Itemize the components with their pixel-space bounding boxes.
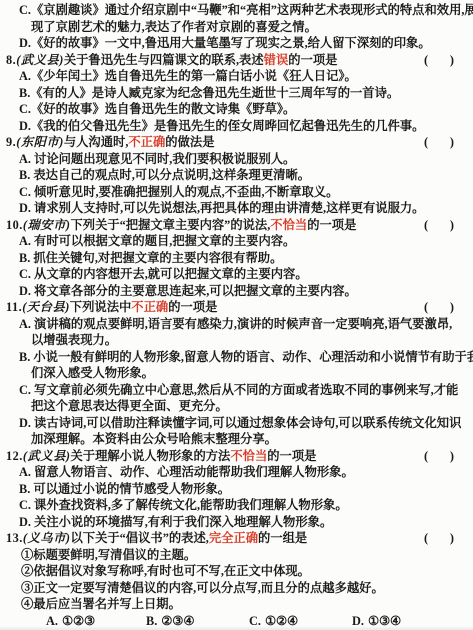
answer-choices-row: A.①②③B.②③④C.①②④D.①③④ — [0, 613, 473, 630]
question-number: 13. — [6, 531, 23, 545]
text-run: 关于鲁迅先生与四篇课文的联系,表述 — [64, 53, 264, 67]
bracket-open: ( — [424, 52, 428, 69]
text-run: ④最后应当署名并写上日期。 — [21, 597, 181, 611]
option-line: A. 讨论问题出现意见不同时,我们要积极说服别人。 — [0, 151, 473, 168]
option-label: C. — [19, 498, 31, 512]
text-run: 留意人物语言、动作、心理活动能帮助我们理解人物形象。 — [31, 465, 354, 479]
option-label: D. — [19, 284, 31, 298]
region-tag: (武义县) — [23, 449, 71, 463]
answer-bracket: () — [424, 299, 454, 316]
question-number: 8. — [6, 53, 16, 67]
question-line: 8.(武义县)关于鲁迅先生与四篇课文的联系,表述错误的一项是() — [0, 52, 473, 69]
bracket-close: ) — [450, 134, 454, 151]
bracket-close: ) — [450, 52, 454, 69]
question-line: 10.(瑞安市)下列关于“把握文章主要内容”的说法,不恰当的一项是() — [0, 217, 473, 234]
answer-choice: B.②③④ — [146, 613, 194, 630]
question-line: 9.(东阳市)与人沟通时,不正确的做法是() — [0, 134, 473, 151]
option-label: B. — [19, 350, 30, 364]
text-run: 小说一般有鲜明的人物形象,留意人物的语言、动作、心理活动和小说情节有助于我 — [30, 350, 473, 364]
option-line: D.《好的故事》一文中,鲁迅用大量笔墨写了现实之景,给人留下深刻的印象。 — [0, 35, 473, 52]
text-run: 关注小说的环境描写,有利于我们深入地理解人物形象。 — [31, 515, 332, 529]
text-run: 与人沟通时, — [64, 135, 129, 149]
option-line: D.《我的伯父鲁迅先生》是鲁迅先生的侄女周晔回忆起鲁迅先生的几件事。 — [0, 118, 473, 135]
bracket-close: ) — [450, 217, 454, 234]
text-run: 的一项是 — [267, 449, 316, 463]
text-run: 的一项是 — [288, 53, 337, 67]
answer-choice: D.①③④ — [352, 613, 401, 630]
question-line: 13.(义乌市)以下关于“倡议书”的表述,完全正确的一组是() — [0, 530, 473, 547]
option-line: D. 读古诗词,可以借助注释读懂字词,可以通过想象体会诗句,可以联系传统文化知识 — [0, 415, 473, 432]
list-item-line: ②依据倡议对象写称呼,有时也可不写,在正文中体现。 — [0, 563, 473, 580]
text-run: 《好的故事》选自鲁迅先生的散文诗集《野草》。 — [31, 102, 295, 116]
bracket-close: ) — [450, 299, 454, 316]
choice-value: ②③④ — [161, 614, 194, 628]
option-line: A. 有时可以根据文章的题目,把握文章的主要内容。 — [0, 233, 473, 250]
option-line: C.《京剧趣谈》通过介绍京剧中“马鞭”和“亮相”这两种艺术表现形式的特点和效用,… — [0, 2, 473, 19]
list-item-line: ③正文一定要写清楚倡议的内容,可以分点写,而且分的点越多越好。 — [0, 580, 473, 597]
option-line: C. 课外查找资料,多了解传统文化,能帮助我们理解人物形象。 — [0, 497, 473, 514]
option-label: B. — [19, 168, 30, 182]
text-run: 《有的人》是诗人臧克家为纪念鲁迅先生逝世十三周年写的一首诗。 — [30, 86, 399, 100]
text-run: 抓住关键句,对把握文章的主要内容很有帮助。 — [30, 251, 282, 265]
choice-value: ①②③ — [62, 614, 95, 628]
text-run: 的一项是 — [168, 300, 217, 314]
exam-page: C.《京剧趣谈》通过介绍京剧中“马鞭”和“亮相”这两种艺术表现形式的特点和效用,… — [0, 0, 473, 630]
text-run: ③正文一定要写清楚倡议的内容,可以分点写,而且分的点越多越好。 — [21, 581, 384, 595]
region-tag: (瑞安市) — [23, 218, 71, 232]
option-label: C. — [19, 102, 31, 116]
text-run: 从文章的内容想开去,就可以把握文章的主要内容。 — [31, 267, 308, 281]
text-run: 们深入感受人物形象。 — [31, 366, 154, 380]
option-label: C. — [19, 185, 31, 199]
text-run: 《少年闰土》选自鲁迅先生的第一篇白话小说《狂人日记》。 — [31, 69, 357, 83]
option-line: B. 抓住关键句,对把握文章的主要内容很有帮助。 — [0, 250, 473, 267]
text-run: 《京剧趣谈》通过介绍京剧中“马鞭”和“亮相”这两种艺术表现形式的特点和效用,展 — [31, 3, 473, 17]
red-keyword: 不正确 — [128, 135, 165, 149]
text-run: 请求别人支持时,可以先说想法,再把具体的理由讲清楚,这样更有说服力。 — [31, 201, 425, 215]
option-label: A. — [19, 465, 31, 479]
option-line: A. 演讲稿的观点要鲜明,语言要有感染力,演讲的时候声音一定要响亮,语气要激昂, — [0, 316, 473, 333]
option-line: B.《有的人》是诗人臧克家为纪念鲁迅先生逝世十三周年写的一首诗。 — [0, 85, 473, 102]
option-line: B. 表达自己的观点时,可以分点说明,这样条理更清晰。 — [0, 167, 473, 184]
text-run: 的一项是 — [307, 218, 356, 232]
continuation-line: 加深理解。本资料由公众号哈熊末整理分享。 — [0, 431, 473, 448]
answer-bracket: () — [424, 52, 454, 69]
text-run: 演讲稿的观点要鲜明,语言要有感染力,演讲的时候声音一定要响亮,语气要激昂, — [31, 317, 452, 331]
text-run: ②依据倡议对象写称呼,有时也可不写,在正文中体现。 — [21, 564, 310, 578]
question-number: 9. — [6, 135, 16, 149]
red-keyword: 不恰当 — [270, 218, 307, 232]
region-tag: (东阳市) — [16, 135, 64, 149]
option-label: D. — [19, 416, 31, 430]
option-line: C. 写文章前必须先确立中心意思,然后从不同的方面或者选取不同的事例来写,才能 — [0, 382, 473, 399]
answer-bracket: () — [424, 448, 454, 465]
option-label: C. — [19, 267, 31, 281]
bracket-open: ( — [424, 217, 428, 234]
option-label: C. — [19, 383, 31, 397]
text-run: 的做法是 — [165, 135, 214, 149]
choice-value: ①②④ — [265, 614, 298, 628]
choice-label: A. — [46, 614, 58, 628]
option-label: D. — [19, 515, 31, 529]
text-run: 《好的故事》一文中,鲁迅用大量笔墨写了现实之景,给人留下深刻的印象。 — [31, 36, 431, 50]
text-run: 现了京剧艺术的魅力,表达了作者对京剧的喜爱之情。 — [31, 20, 317, 34]
text-run: 将文章各部分的主要意思连起来,可以把握文章的主要内容。 — [31, 284, 357, 298]
option-line: C. 从文章的内容想开去,就可以把握文章的主要内容。 — [0, 266, 473, 283]
text-run: 读古诗词,可以借助注释读懂字词,可以通过想象体会诗句,可以联系传统文化知识 — [31, 416, 461, 430]
option-label: D. — [19, 36, 31, 50]
continuation-line: 把这个意思表达得更全面、更充分。 — [0, 398, 473, 415]
choice-value: ①③④ — [368, 614, 401, 628]
option-label: B. — [19, 482, 30, 496]
option-label: A. — [19, 152, 31, 166]
option-label: A. — [19, 234, 31, 248]
answer-bracket: () — [424, 530, 454, 547]
question-number: 10. — [6, 218, 23, 232]
answer-bracket: () — [424, 134, 454, 151]
question-line: 12.(武义县)关于理解小说人物形象的方法不恰当的一项是() — [0, 448, 473, 465]
text-run: 加深理解。本资料由公众号哈熊末整理分享。 — [31, 432, 277, 446]
continuation-line: 现了京剧艺术的魅力,表达了作者对京剧的喜爱之情。 — [0, 19, 473, 36]
text-run: 下列说法中 — [70, 300, 132, 314]
option-label: D. — [19, 201, 31, 215]
text-run: 《我的伯父鲁迅先生》是鲁迅先生的侄女周晔回忆起鲁迅先生的几件事。 — [31, 119, 425, 133]
bracket-open: ( — [424, 530, 428, 547]
option-line: B. 可以通过小说的情节感受人物形象。 — [0, 481, 473, 498]
option-line: D. 关注小说的环境描写,有利于我们深入地理解人物形象。 — [0, 514, 473, 531]
option-line: C. 倾听意见时,要准确把握别人的观点,不歪曲,不断章取义。 — [0, 184, 473, 201]
text-run: 有时可以根据文章的题目,把握文章的主要内容。 — [31, 234, 295, 248]
answer-choice: A.①②③ — [46, 613, 95, 630]
bracket-open: ( — [424, 134, 428, 151]
option-line: B. 小说一般有鲜明的人物形象,留意人物的语言、动作、心理活动和小说情节有助于我 — [0, 349, 473, 366]
answer-choice: C.①②④ — [249, 613, 298, 630]
option-label: D. — [19, 119, 31, 133]
text-run: 以下关于“倡议书”的表述, — [70, 531, 208, 545]
list-item-line: ①标题要鲜明,写清倡议的主题。 — [0, 547, 473, 564]
text-run: 下列关于“把握文章主要内容”的说法, — [70, 218, 270, 232]
question-line: 11.(天台县)下列说法中不正确的一项是() — [0, 299, 473, 316]
text-run: 可以通过小说的情节感受人物形象。 — [30, 482, 230, 496]
document-lines: C.《京剧趣谈》通过介绍京剧中“马鞭”和“亮相”这两种艺术表现形式的特点和效用,… — [0, 2, 473, 629]
region-tag: (武义县) — [16, 53, 64, 67]
text-run: 写文章前必须先确立中心意思,然后从不同的方面或者选取不同的事例来写,才能 — [31, 383, 458, 397]
choice-label: B. — [146, 614, 157, 628]
option-line: A. 留意人物语言、动作、心理活动能帮助我们理解人物形象。 — [0, 464, 473, 481]
text-run: 关于理解小说人物形象的方法 — [70, 449, 230, 463]
text-run: 讨论问题出现意见不同时,我们要积极说服别人。 — [31, 152, 295, 166]
region-tag: (义乌市) — [23, 531, 71, 545]
option-label: A. — [19, 317, 31, 331]
red-keyword: 完全正确 — [209, 531, 258, 545]
option-label: A. — [19, 69, 31, 83]
continuation-line: 们深入感受人物形象。 — [0, 365, 473, 382]
text-run: 课外查找资料,多了解传统文化,能帮助我们理解人物形象。 — [31, 498, 348, 512]
question-number: 11. — [6, 300, 22, 314]
red-keyword: 不恰当 — [230, 449, 267, 463]
red-keyword: 错误 — [264, 53, 289, 67]
list-item-line: ④最后应当署名并写上日期。 — [0, 596, 473, 613]
option-label: B. — [19, 86, 30, 100]
choice-label: D. — [352, 614, 364, 628]
option-line: A.《少年闰土》选自鲁迅先生的第一篇白话小说《狂人日记》。 — [0, 68, 473, 85]
red-keyword: 不正确 — [131, 300, 168, 314]
text-run: 倾听意见时,要准确把握别人的观点,不歪曲,不断章取义。 — [31, 185, 338, 199]
text-run: 表达自己的观点时,可以分点说明,这样条理更清晰。 — [30, 168, 310, 182]
text-run: ①标题要鲜明,写清倡议的主题。 — [21, 548, 196, 562]
bracket-open: ( — [424, 299, 428, 316]
answer-bracket: () — [424, 217, 454, 234]
choice-label: C. — [249, 614, 261, 628]
option-line: D. 请求别人支持时,可以先说想法,再把具体的理由讲清楚,这样更有说服力。 — [0, 200, 473, 217]
bracket-open: ( — [424, 448, 428, 465]
option-label: B. — [19, 251, 30, 265]
bracket-close: ) — [450, 530, 454, 547]
text-run: 的一组是 — [258, 531, 307, 545]
text-run: 以增强表现力。 — [31, 333, 117, 347]
option-line: D. 将文章各部分的主要意思连起来,可以把握文章的主要内容。 — [0, 283, 473, 300]
region-tag: (天台县) — [22, 300, 70, 314]
option-line: C.《好的故事》选自鲁迅先生的散文诗集《野草》。 — [0, 101, 473, 118]
text-run: 把这个意思表达得更全面、更充分。 — [31, 399, 228, 413]
option-label: C. — [19, 3, 31, 17]
continuation-line: 以增强表现力。 — [0, 332, 473, 349]
question-number: 12. — [6, 449, 23, 463]
bracket-close: ) — [450, 448, 454, 465]
